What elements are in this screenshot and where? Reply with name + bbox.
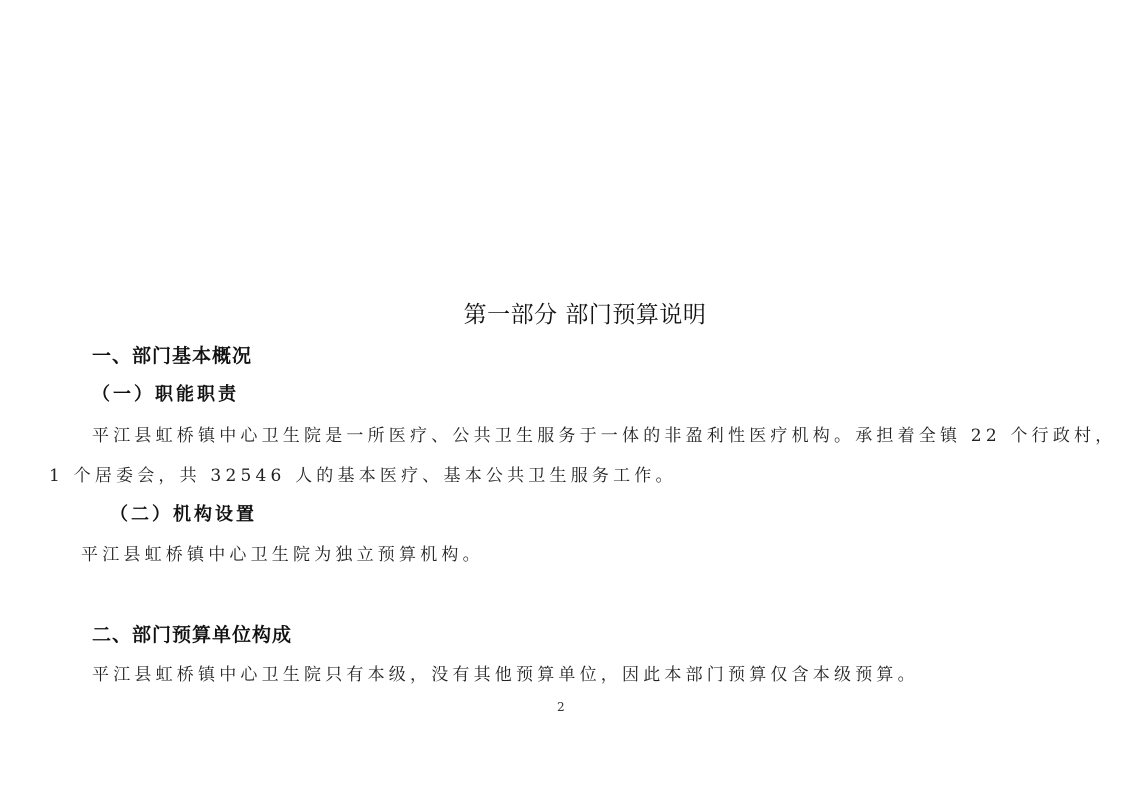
paragraph-organization: 平江县虹桥镇中心卫生院为独立预算机构。 bbox=[81, 540, 484, 565]
section-heading-budget-units: 二、部门预算单位构成 bbox=[92, 620, 292, 647]
part-title: 第一部分 部门预算说明 bbox=[0, 296, 1122, 329]
subsection-heading-organization: （二）机构设置 bbox=[110, 500, 257, 526]
page-number: 2 bbox=[557, 700, 565, 714]
subsection-heading-functions: （一）职能职责 bbox=[92, 380, 239, 406]
section-heading-basic-overview: 一、部门基本概况 bbox=[92, 341, 252, 368]
paragraph-functions-line-1: 平江县虹桥镇中心卫生院是一所医疗、公共卫生服务于一体的非盈利性医疗机构。承担着全… bbox=[92, 421, 1116, 446]
paragraph-functions-line-2: 1 个居委会，共 32546 人的基本医疗、基本公共卫生服务工作。 bbox=[49, 461, 677, 486]
paragraph-budget-units: 平江县虹桥镇中心卫生院只有本级，没有其他预算单位，因此本部门预算仅含本级预算。 bbox=[92, 660, 919, 685]
